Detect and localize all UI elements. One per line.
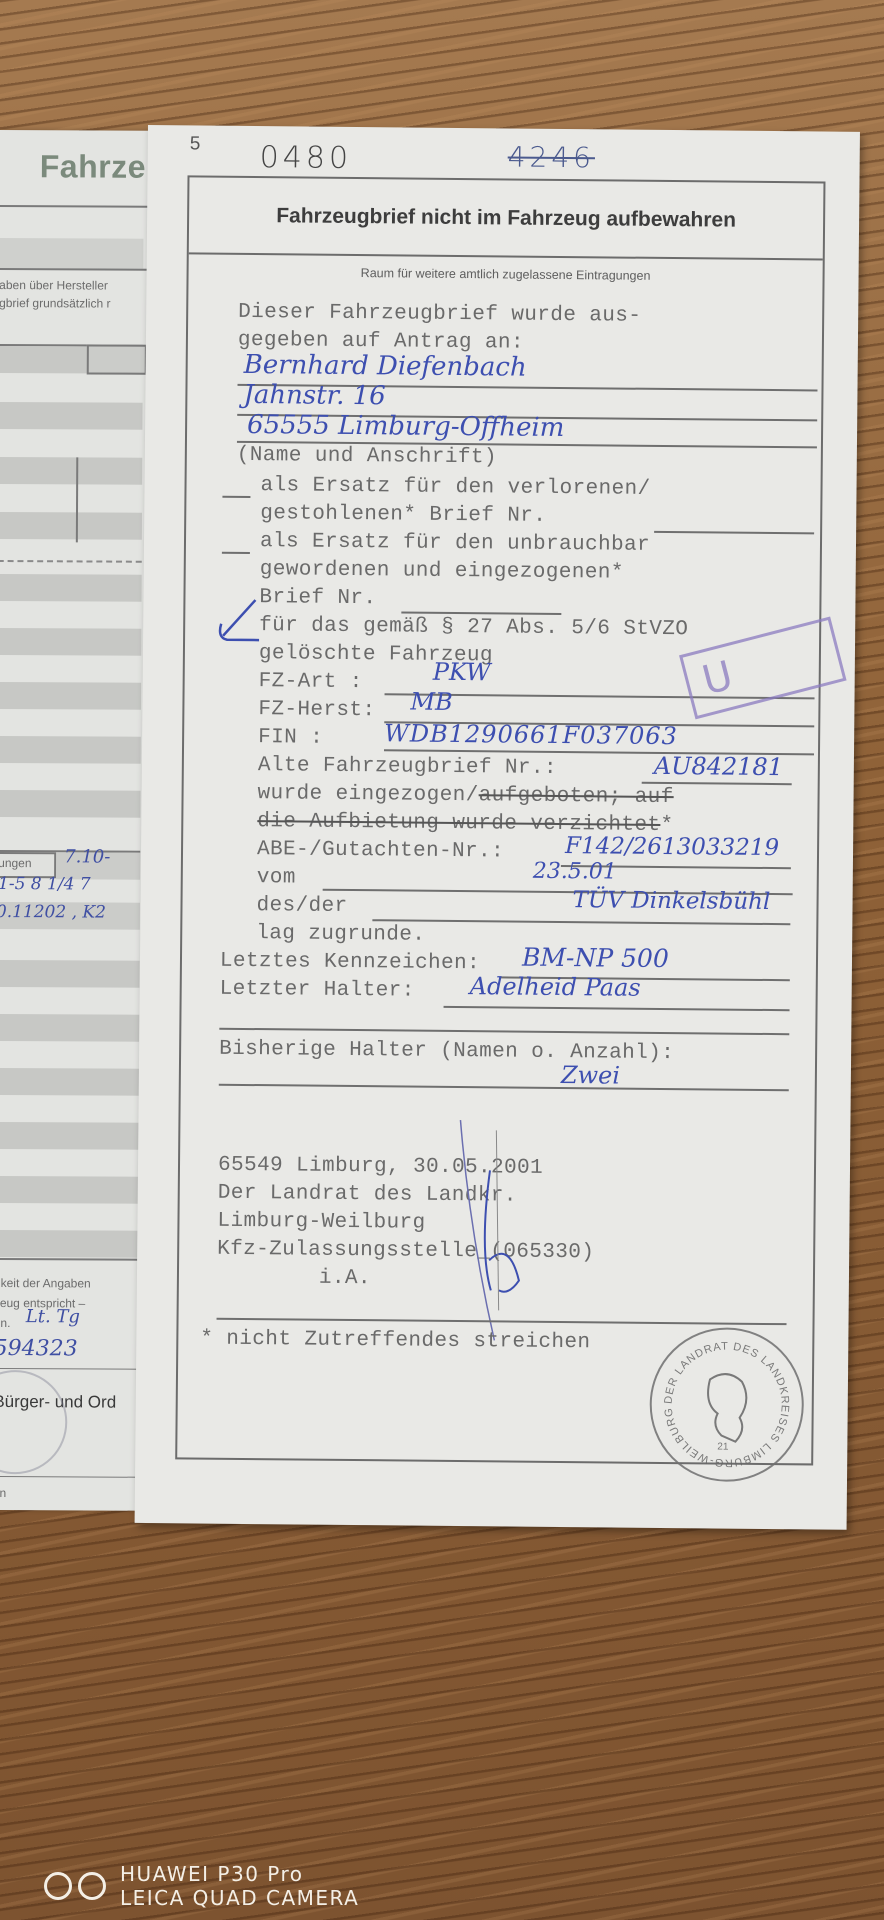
form-band (0, 574, 142, 602)
official-seal: DER LANDRAT DES LANDKREISES LIMBURG-WEIL… (649, 1327, 804, 1482)
input-line (372, 919, 790, 925)
divider (0, 1258, 142, 1261)
form-band (0, 790, 141, 818)
old-brief-label: Alte Fahrzeugbrief Nr.: (258, 754, 557, 780)
checkbox-line-lost[interactable] (222, 496, 250, 498)
back-label: ungen (0, 856, 32, 870)
back-handwritten: 594323 (0, 1336, 78, 1361)
form-band (0, 1014, 139, 1042)
intro-line: Dieser Fahrzeugbrief wurde aus- (238, 301, 641, 328)
form-frame: Fahrzeugbrief nicht im Fahrzeug aufbewah… (175, 175, 825, 1465)
kennzeichen-value: BM-NP 500 (522, 943, 669, 973)
divider (0, 205, 148, 208)
issuer-line: Limburg-Weilburg (217, 1210, 425, 1235)
dashed-divider (0, 560, 142, 563)
vom-value: 23.5.01 (533, 859, 617, 885)
divider (0, 1476, 141, 1478)
issuer-line: i.A. (319, 1267, 371, 1290)
input-line (444, 1006, 790, 1011)
applicant-city: 65555 Limburg-Offheim (247, 410, 565, 443)
abe-value: F142/2613033219 (565, 833, 779, 861)
vom-label: vom (257, 866, 296, 889)
watermark-line: LEICA QUAD CAMERA (120, 1886, 359, 1910)
struck-number: 4246 (508, 140, 596, 174)
applicant-street: Jahnstr. 16 (243, 380, 386, 411)
form-band (0, 682, 141, 710)
fz-herst-value: MB (410, 688, 452, 716)
input-line (654, 531, 814, 535)
back-text-line: en. (0, 1316, 10, 1330)
form-band (0, 1230, 138, 1258)
bisherige-value: Zwei (561, 1061, 620, 1090)
form-band (0, 1176, 139, 1204)
seal-icon: DER LANDRAT DES LANDKREISES LIMBURG-WEIL… (651, 1329, 802, 1480)
input-line (219, 1084, 789, 1091)
form-band (0, 1122, 139, 1150)
option-deleted-text: für das gemäß § 27 Abs. 5/6 StVZO (259, 614, 688, 641)
form-band (0, 238, 143, 269)
collected-text-struck: aufgeboten; auf (479, 784, 674, 809)
footnote: * nicht Zutreffendes streichen (200, 1328, 590, 1355)
back-text-line: aben über Hersteller (0, 278, 108, 293)
leica-logo-icon (44, 1872, 106, 1900)
fz-herst-label: FZ-Herst: (258, 698, 375, 722)
back-handwritten: 7.10- (64, 846, 110, 867)
divider (219, 1028, 789, 1035)
form-band (0, 1068, 139, 1096)
form-band (0, 960, 140, 988)
form-band (0, 402, 143, 430)
violet-stamp: U (679, 617, 847, 720)
checkmark-icon (215, 596, 265, 646)
form-band (0, 736, 141, 764)
name-address-label: (Name und Anschrift) (237, 444, 497, 469)
checkbox-line-unusable[interactable] (222, 552, 250, 554)
form-band (0, 457, 142, 485)
divider (0, 268, 147, 271)
form-band (0, 628, 141, 656)
form-subheader: Raum für weitere amtlich zugelassene Ein… (189, 264, 823, 284)
fin-label: FIN : (258, 726, 323, 750)
back-text-line: gkeit der Angaben (0, 1276, 91, 1291)
input-line (642, 782, 792, 785)
header-title: Fahrzeugbrief nicht im Fahrzeug aufbewah… (276, 204, 736, 232)
stamp-letter: U (698, 653, 738, 705)
page-number: 5 (190, 133, 201, 155)
seal-number: 21 (717, 1442, 729, 1453)
fz-art-label: FZ-Art : (259, 670, 363, 694)
signature-icon (438, 1110, 560, 1351)
back-seal (0, 1370, 68, 1475)
back-handwritten: 1-5 8 1/4 7 (0, 874, 91, 894)
watermark-text: HUAWEI P30 Pro LEICA QUAD CAMERA (120, 1862, 359, 1910)
divider (76, 457, 78, 542)
vehicle-registration-document: 5 0480 4246 Fahrzeugbrief nicht im Fahrz… (135, 125, 860, 1530)
back-handwritten: 0.11202 , K2 (0, 902, 106, 923)
form-band (0, 512, 142, 540)
back-text-line: gbrief grundsätzlich r (0, 296, 111, 311)
watermark-line: HUAWEI P30 Pro (120, 1862, 359, 1886)
halter-label: Letzter Halter: (220, 978, 415, 1003)
kennzeichen-label: Letztes Kennzeichen: (220, 950, 480, 975)
form-header: Fahrzeugbrief nicht im Fahrzeug aufbewah… (189, 177, 824, 260)
zugrunde-text: lag zugrunde. (256, 922, 425, 947)
collected-text: wurde eingezogen/aufgeboten; auf (257, 782, 673, 809)
input-line (401, 611, 561, 615)
collected-text-a: wurde eingezogen/ (257, 782, 478, 807)
handwritten-number: 0480 (260, 140, 353, 176)
back-handwritten: Lt. Tg (26, 1306, 80, 1327)
fin-value: WDB1290661F037063 (384, 719, 678, 750)
option-lost-text: als Ersatz für den verlorenen/ (260, 474, 650, 501)
applicant-name: Bernhard Diefenbach (244, 350, 527, 383)
desder-value: TÜV Dinkelsbühl (572, 887, 770, 915)
back-text-line: en (0, 1486, 6, 1500)
option-unusable-text: Brief Nr. (259, 586, 376, 610)
back-page-title: Fahrze (40, 148, 146, 186)
camera-watermark: HUAWEI P30 Pro LEICA QUAD CAMERA (44, 1862, 359, 1910)
option-lost-text: gestohlenen* Brief Nr. (260, 502, 546, 528)
desder-label: des/der (256, 894, 347, 918)
old-brief-value: AU842181 (654, 752, 783, 781)
halter-value: Adelheid Paas (470, 972, 641, 1002)
form-box (87, 344, 147, 374)
option-unusable-text: gewordenen und eingezogenen* (260, 558, 624, 584)
back-page: Fahrze aben über Hersteller gbrief grund… (0, 130, 150, 1511)
option-unusable-text: als Ersatz für den unbrauchbar (260, 530, 650, 557)
abe-label: ABE-/Gutachten-Nr.: (257, 838, 504, 863)
fz-art-value: PKW (433, 658, 491, 687)
